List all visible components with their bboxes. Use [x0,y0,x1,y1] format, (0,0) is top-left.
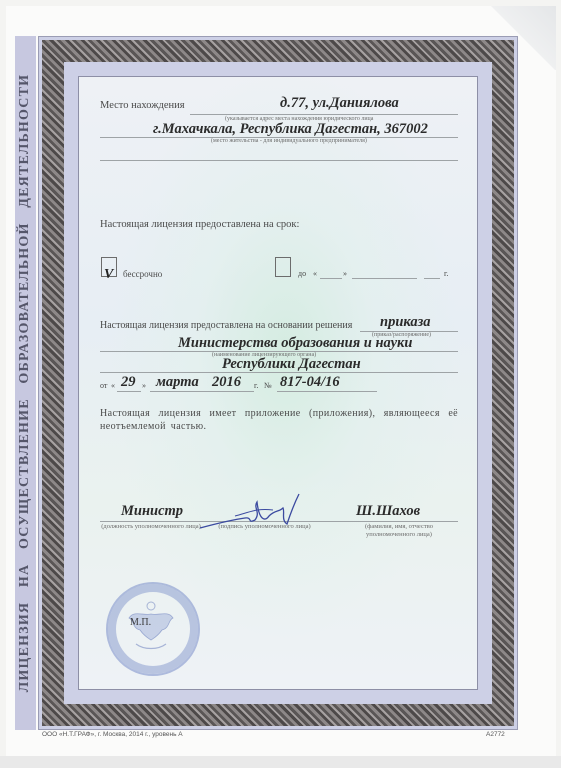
side-title: ЛИЦЕНЗИЯ НА ОСУЩЕСТВЛЕНИЕ ОБРАЗОВАТЕЛЬНО… [15,36,36,730]
month-line [150,391,254,392]
signer-position: Министр [121,503,183,520]
term-label: Настоящая лицензия предоставлена на срок… [100,219,299,230]
location-label: Место нахождения [100,100,185,111]
until-year-suffix: г. [444,269,448,278]
date-prefix: от [100,381,107,390]
date-quote-open: « [111,381,115,390]
signer-name: Ш.Шахов [356,503,420,520]
decision-year: 2016 [212,374,241,391]
location-line-3 [100,160,458,161]
checkmark: V [104,267,113,283]
name-hint: (фамилия, имя, отчество уполномоченного … [340,523,458,539]
location-city: г.Махачкала, Республика Дагестан, 367002 [153,121,428,138]
basis-label: Настоящая лицензия предоставлена на осно… [100,320,352,331]
position-hint: (должность уполномоченного лица) [100,523,202,531]
date-quote-close: » [142,381,146,390]
until-month-line [352,278,417,279]
decision-type: приказа [380,314,431,331]
decision-day: 29 [121,374,136,391]
number-line [277,391,377,392]
stamp-placeholder-label: М.П. [130,617,151,628]
decision-number: 817-04/16 [280,374,340,391]
until-quote-open: « [313,269,317,278]
form-serial: А2772 [486,731,505,738]
appendix-note: Настоящая лицензия имеет приложение (при… [100,407,458,433]
decision-month: марта [156,374,199,391]
location-hint-2: (место жительства - для индивидуального … [211,138,367,144]
authority-name-1: Министерства образования и науки [178,335,412,352]
printer-info: ООО «Н.Т.ГРАФ», г. Москва, 2014 г., уров… [42,731,183,738]
location-line-1 [190,114,458,115]
until-year-line [424,278,440,279]
unlimited-label: бессрочно [123,269,162,279]
until-checkbox[interactable] [275,257,291,277]
until-quote-close: » [343,269,347,278]
until-prefix: до [298,269,306,278]
location-street: д.77, ул.Даниялова [280,95,399,112]
authority-name-2: Республики Дагестан [222,356,361,373]
number-prefix: № [264,381,272,390]
until-day-line [320,278,342,279]
signature-scribble [195,490,305,535]
scan-edge [0,756,561,768]
year-suffix: г. [254,381,258,390]
day-line [117,391,141,392]
side-title-text: ЛИЦЕНЗИЯ НА ОСУЩЕСТВЛЕНИЕ ОБРАЗОВАТЕЛЬНО… [18,74,34,692]
